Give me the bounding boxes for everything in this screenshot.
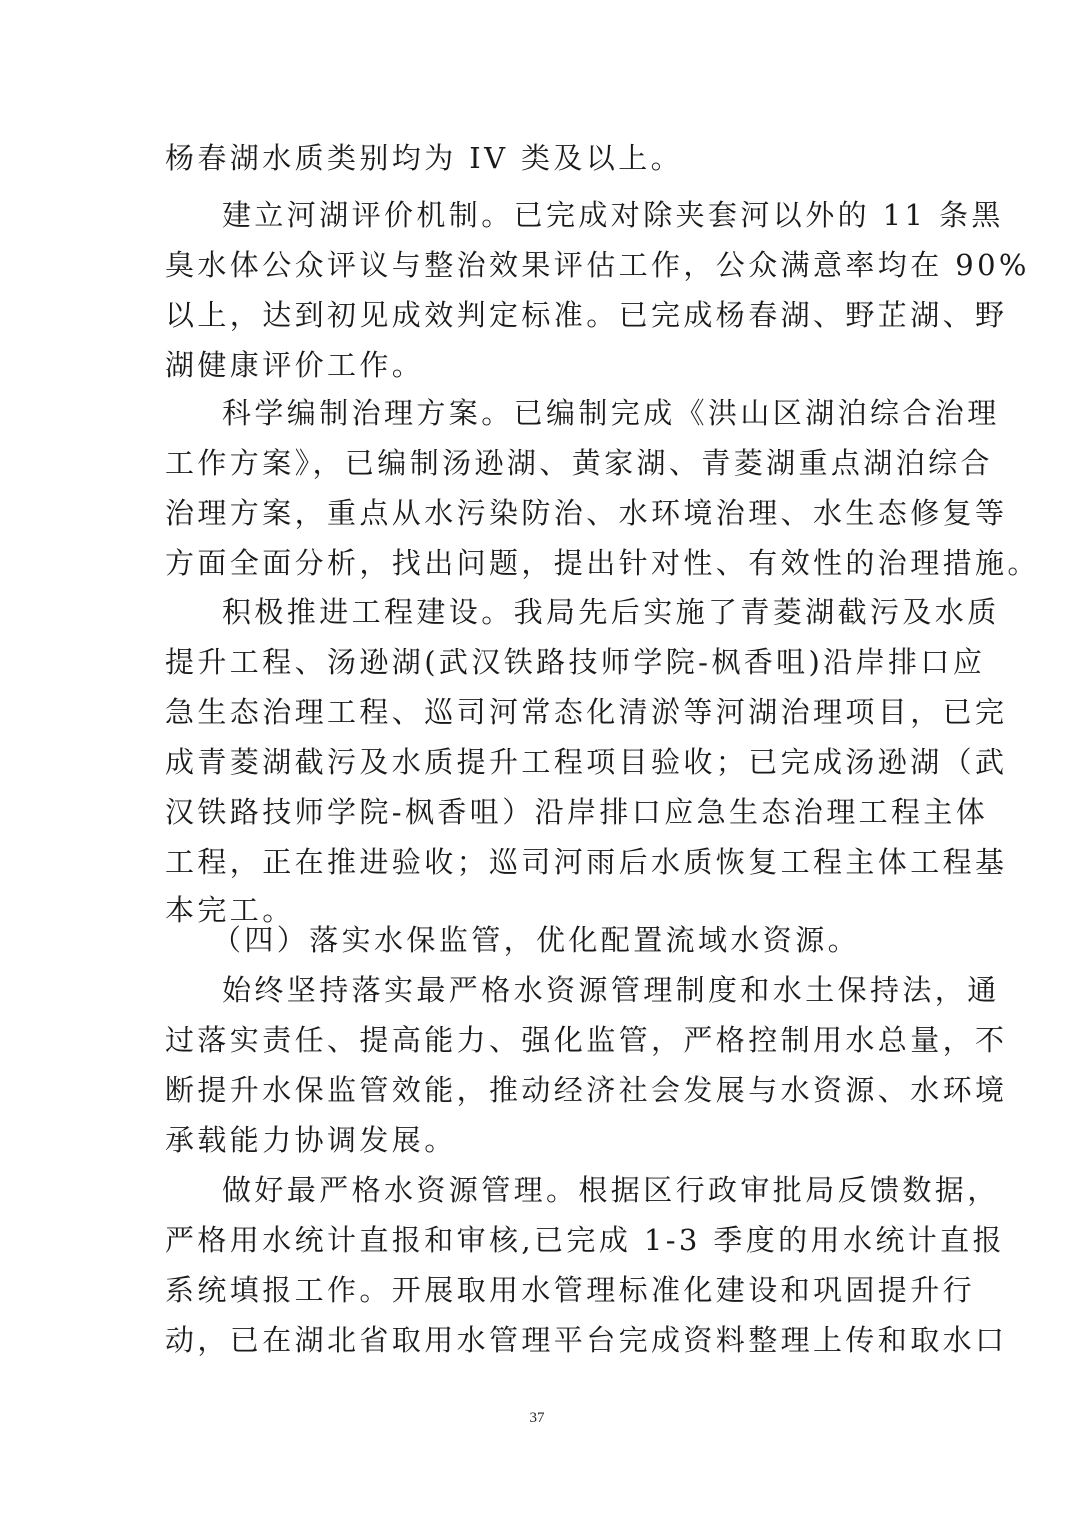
paragraph-start: 科学编制治理方案。已编制完成《洪山区湖泊综合治理	[222, 393, 912, 433]
text-line: 汉铁路技师学院-枫香咀）沿岸排口应急生态治理工程主体	[165, 792, 911, 832]
text-line: 治理方案，重点从水污染防治、水环境治理、水生态修复等	[165, 493, 911, 533]
page-number: 37	[0, 1410, 1074, 1427]
text-line: 杨春湖水质类别均为 IV 类及以上。	[165, 138, 911, 178]
text-line: 成青菱湖截污及水质提升工程项目验收；已完成汤逊湖（武	[165, 742, 911, 782]
text-line: 过落实责任、提高能力、强化监管，严格控制用水总量，不	[165, 1020, 911, 1060]
text-line: 承载能力协调发展。	[165, 1120, 911, 1160]
document-page: 杨春湖水质类别均为 IV 类及以上。 建立河湖评价机制。已完成对除夹套河以外的 …	[0, 0, 1074, 1520]
text-line: 以上，达到初见成效判定标准。已完成杨春湖、野芷湖、野	[165, 295, 911, 335]
text-line: 断提升水保监管效能，推动经济社会发展与水资源、水环境	[165, 1070, 911, 1110]
paragraph-start: 做好最严格水资源管理。根据区行政审批局反馈数据，	[222, 1170, 912, 1210]
text-line: 湖健康评价工作。	[165, 345, 911, 385]
paragraph-start: 始终坚持落实最严格水资源管理制度和水土保持法，通	[222, 970, 912, 1010]
text-line: 提升工程、汤逊湖(武汉铁路技师学院-枫香咀)沿岸排口应	[165, 642, 911, 682]
text-line: 系统填报工作。开展取用水管理标准化建设和巩固提升行	[165, 1270, 911, 1310]
text-line: 工作方案》，已编制汤逊湖、黄家湖、青菱湖重点湖泊综合	[165, 443, 911, 483]
paragraph-start: 积极推进工程建设。我局先后实施了青菱湖截污及水质	[222, 592, 912, 632]
section-heading: （四）落实水保监管，优化配置流域水资源。	[212, 920, 912, 960]
paragraph-start: 建立河湖评价机制。已完成对除夹套河以外的 11 条黑	[222, 195, 912, 235]
text-line: 动，已在湖北省取用水管理平台完成资料整理上传和取水口	[165, 1320, 911, 1360]
text-line: 工程，正在推进验收；巡司河雨后水质恢复工程主体工程基	[165, 842, 911, 882]
text-line: 方面全面分析，找出问题，提出针对性、有效性的治理措施。	[165, 543, 911, 583]
text-line: 严格用水统计直报和审核,已完成 1-3 季度的用水统计直报	[165, 1220, 911, 1260]
text-line: 急生态治理工程、巡司河常态化清淤等河湖治理项目，已完	[165, 692, 911, 732]
text-line: 臭水体公众评议与整治效果评估工作，公众满意率均在 90%	[165, 245, 911, 285]
